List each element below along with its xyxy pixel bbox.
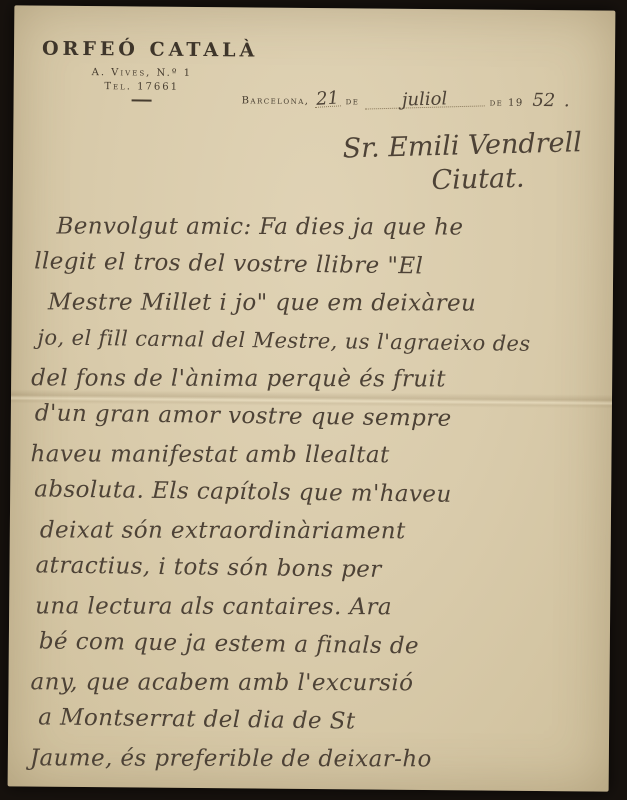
handwritten-line: llegit el tros del vostre llibre "El <box>34 242 608 288</box>
handwritten-line: deixat són extraordinàriament <box>40 511 606 550</box>
addressee-city: Ciutat. <box>431 160 583 198</box>
dateline-de: de <box>346 96 360 107</box>
handwritten-line: d'un gran amor vostre que sempre <box>35 394 607 439</box>
dateline-city: Barcelona, <box>242 95 310 107</box>
handwritten-month: juliol <box>364 91 484 109</box>
org-phone: Tel. 17661 <box>42 81 242 94</box>
dateline-de19: de 19 <box>490 98 524 109</box>
handwritten-line: jo, el fill carnal del Mestre, us l'agra… <box>37 318 607 363</box>
handwritten-line: any, que acabem amb l'excursió <box>30 663 604 703</box>
handwritten-line: atractius, i tots són bons per <box>35 546 605 591</box>
handwritten-line: una lectura als cantaires. Ara <box>35 587 605 626</box>
addressee: Sr. Emili Vendrell Ciutat. <box>342 126 583 200</box>
letterhead-divider <box>132 99 152 101</box>
dateline: Barcelona, 21 de juliol de 19 52 . <box>242 87 570 111</box>
handwritten-line: Mestre Millet i jo" que em deixàreu <box>48 283 608 322</box>
scan-background: ORFEÓ CATALÀ A. Vives, N.º 1 Tel. 17661 … <box>0 0 627 800</box>
letterhead: ORFEÓ CATALÀ A. Vives, N.º 1 Tel. 17661 <box>42 38 243 103</box>
handwritten-line: del fons de l'ànima perquè és fruit <box>31 359 607 399</box>
handwritten-line: bé com que ja estem a finals de <box>39 622 605 667</box>
handwritten-line: absoluta. Els capítols que m'haveu <box>34 470 606 515</box>
handwritten-line: a Montserrat del dia de St <box>38 698 604 743</box>
letter-paper: ORFEÓ CATALÀ A. Vives, N.º 1 Tel. 17661 … <box>8 5 616 791</box>
handwritten-line: Jaume, és preferible de deixar-ho <box>30 739 604 779</box>
org-name: ORFEÓ CATALÀ <box>42 38 242 62</box>
letter-body: Benvolgut amic: Fa dies ja que he llegit… <box>26 206 609 781</box>
handwritten-line: Benvolgut amic: Fa dies ja que he <box>56 207 608 246</box>
handwritten-day: 21 <box>314 91 341 108</box>
handwritten-line: haveu manifestat amb llealtat <box>30 435 606 475</box>
handwritten-year: 52 <box>529 94 559 108</box>
org-address: A. Vives, N.º 1 <box>42 67 242 80</box>
dateline-period: . <box>564 90 570 111</box>
addressee-name: Sr. Emili Vendrell <box>342 126 582 166</box>
